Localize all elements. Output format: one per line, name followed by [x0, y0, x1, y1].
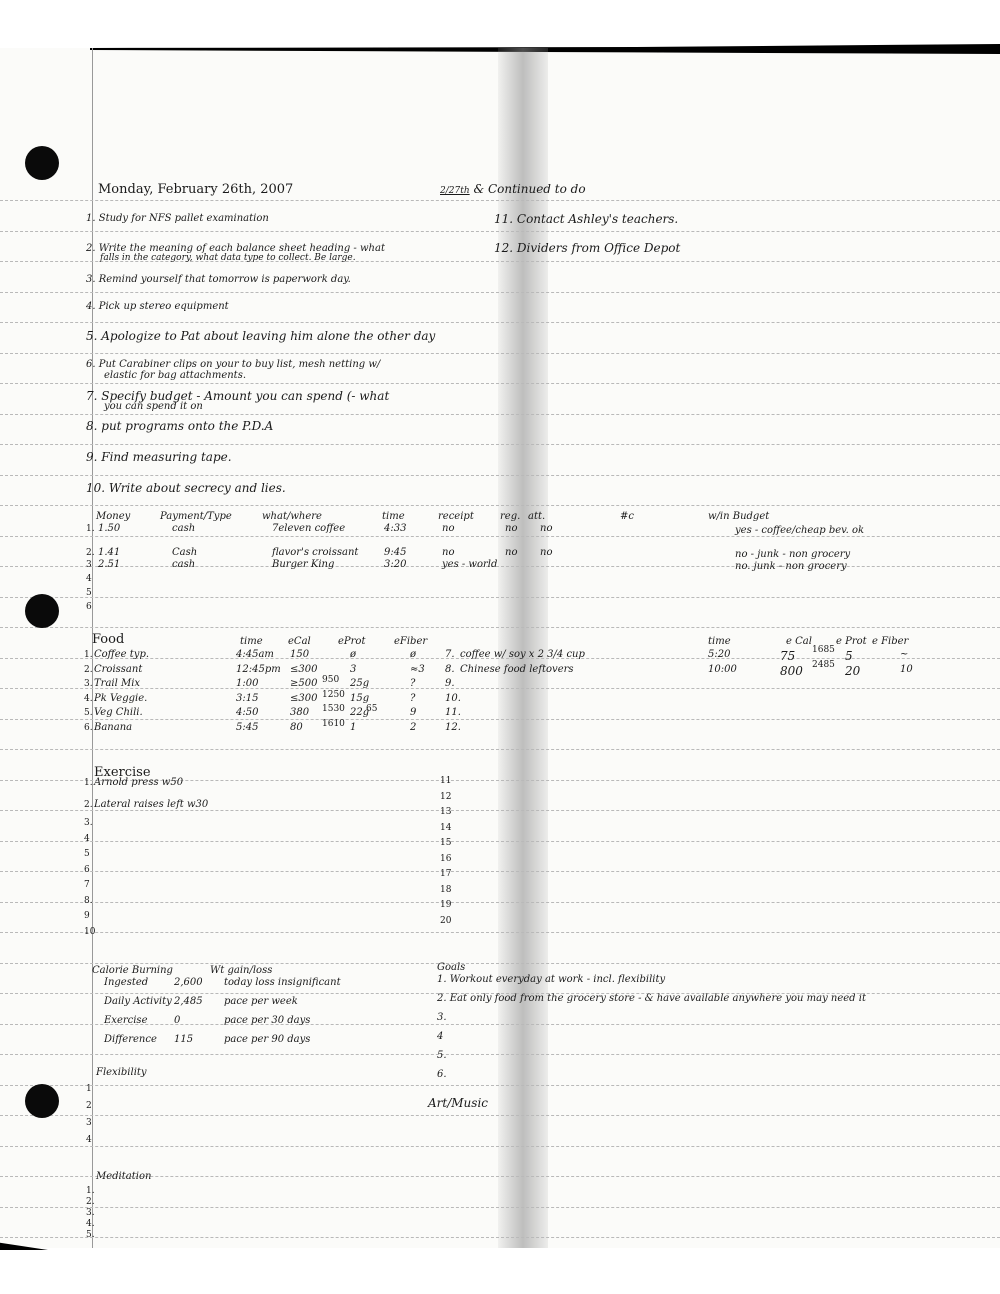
money-header: Money [96, 512, 130, 522]
calorie-note: today loss insignificant [224, 978, 341, 988]
ruled-line [0, 1085, 1000, 1087]
page-date: Monday, February 26th, 2007 [98, 183, 293, 196]
row-number: 9 [84, 911, 90, 921]
money-header: receipt [438, 512, 474, 522]
goal-item: 6. [437, 1070, 447, 1080]
punch-hole-icon [25, 1084, 59, 1118]
exercise-item: Lateral raises left w30 [94, 800, 208, 810]
row-number: 6 [86, 602, 92, 612]
row-number: 11. [445, 708, 461, 718]
todo-item: 3. Remind yourself that tomorrow is pape… [86, 275, 351, 285]
money-time: 3:20 [384, 560, 406, 570]
payment-type: cash [172, 560, 195, 570]
calorie-label: Ingested [104, 978, 148, 988]
ruled-line [0, 444, 1000, 446]
ruled-line [0, 292, 1000, 294]
running-calories: 1250 [322, 690, 345, 700]
todo-item-continued: elastic for bag attachments. [104, 371, 246, 381]
calorie-note: pace per 90 days [224, 1035, 310, 1045]
row-number: 18 [440, 885, 451, 895]
money-amount: 1.41 [98, 548, 120, 558]
payment-type: Cash [172, 548, 197, 558]
exercise-item: Arnold press w50 [94, 778, 183, 788]
food-protein: 5 [845, 650, 853, 662]
margin-line [92, 48, 93, 1248]
receipt: yes - world [442, 560, 497, 570]
food-fiber: 2 [410, 723, 416, 733]
money-where: flavor's croissant [272, 548, 358, 558]
row-number: 3 [86, 1118, 92, 1128]
food-item: Pk Veggie. [94, 694, 147, 704]
row-number: 13 [440, 807, 451, 817]
food-item: Banana [94, 723, 132, 733]
food-calories: 150 [290, 650, 309, 660]
food-fiber: 9 [410, 708, 416, 718]
food-header: time [240, 637, 263, 647]
row-number: 5 [84, 849, 90, 859]
row-number: 2. [84, 665, 93, 675]
ruled-line [0, 322, 1000, 324]
running-calories: 1685 [812, 645, 835, 655]
ruled-line [0, 627, 1000, 629]
row-number: 12. [445, 723, 461, 733]
att: no [540, 548, 552, 558]
row-number: 6 [84, 865, 90, 875]
ruled-line [0, 1115, 1000, 1117]
food-item: Coffee typ. [94, 650, 149, 660]
money-header: #c [620, 512, 634, 522]
weight-heading: Wt gain/loss [210, 966, 272, 976]
ruled-line [0, 1146, 1000, 1148]
todo-item-continued: falls in the category, what data type to… [100, 254, 356, 263]
row-number: 20 [440, 916, 451, 926]
row-number: 10. [445, 694, 461, 704]
art-music-note: Art/Music [428, 1097, 488, 1109]
calorie-label: Daily Activity [104, 997, 172, 1007]
todo-item: 5. Apologize to Pat about leaving him al… [86, 330, 435, 342]
calorie-label: Difference [104, 1035, 157, 1045]
calorie-heading: Calorie Burning [92, 966, 173, 976]
food-fiber: ~ [900, 650, 908, 660]
running-calories: 950 [322, 675, 339, 685]
ruled-line [0, 719, 1000, 721]
row-number: 8. [84, 896, 93, 906]
continued-date: 2/27th [440, 186, 470, 196]
ruled-line [0, 688, 1000, 690]
ruled-line [0, 383, 1000, 385]
ruled-line [0, 871, 1000, 873]
food-time: 5:20 [708, 650, 730, 660]
food-protein: 3 [350, 665, 356, 675]
row-number: 9. [445, 679, 455, 689]
row-number: 2. [86, 1197, 95, 1207]
food-header-right: time [708, 637, 731, 647]
money-header: reg. [500, 512, 520, 522]
att: no [540, 524, 552, 534]
continued-heading: 2/27th & Continued to do [440, 183, 586, 196]
row-number: 6. [84, 723, 93, 733]
food-fiber: ≈3 [410, 665, 425, 675]
food-item: coffee w/ soy x 2 3/4 cup [460, 650, 585, 660]
ruled-line [0, 810, 1000, 812]
calorie-label: Exercise [104, 1016, 148, 1026]
ruled-line [0, 902, 1000, 904]
within-budget: no - junk - non grocery [735, 550, 850, 560]
reg: no [505, 548, 517, 558]
row-number: 10 [84, 927, 95, 937]
food-time: 1:00 [236, 679, 258, 689]
money-amount: 2.51 [98, 560, 120, 570]
row-number: 12 [440, 792, 451, 802]
punch-hole-icon [25, 594, 59, 628]
food-protein: 15g [350, 694, 369, 704]
todo-item: 1. Study for NFS pallet examination [86, 214, 269, 224]
row-number: 4 [86, 1135, 92, 1145]
row-number: 3 [86, 560, 92, 570]
money-header: w/in Budget [708, 512, 769, 522]
food-time: 5:45 [236, 723, 258, 733]
row-number: 17 [440, 869, 451, 879]
food-header: eProt [338, 637, 365, 647]
todo-item: 4. Pick up stereo equipment [86, 302, 229, 312]
reg: no [505, 524, 517, 534]
food-protein: 1 [350, 723, 356, 733]
ruled-line [0, 566, 1000, 568]
row-number: 16 [440, 854, 451, 864]
money-header: what/where [262, 512, 322, 522]
calorie-note: pace per 30 days [224, 1016, 310, 1026]
ruled-line [0, 1237, 1000, 1239]
goal-item: 5. [437, 1051, 447, 1061]
todo-item: 9. Find measuring tape. [86, 451, 232, 463]
calorie-value: 115 [174, 1035, 193, 1045]
row-number: 2. [86, 548, 95, 558]
food-protein: 20 [845, 665, 860, 677]
row-number: 11 [440, 776, 451, 786]
money-time: 4:33 [384, 524, 406, 534]
row-number: 1. [86, 1186, 95, 1196]
ruled-line [0, 200, 1000, 202]
row-number: 1. [84, 778, 93, 788]
money-header: Payment/Type [160, 512, 232, 522]
goal-item: 2. Eat only food from the grocery store … [437, 994, 866, 1004]
row-number: 8. [445, 665, 455, 675]
running-calories: 1530 [322, 704, 345, 714]
calorie-value: 2,600 [174, 978, 203, 988]
food-fiber: ? [410, 679, 415, 689]
ruled-line [0, 1207, 1000, 1209]
row-number: 5 [86, 588, 92, 598]
calorie-note: pace per week [224, 997, 298, 1007]
food-calories: 80 [290, 723, 303, 733]
row-number: 1. [86, 524, 95, 534]
money-header: time [382, 512, 405, 522]
ruled-line [0, 475, 1000, 477]
food-protein: ø [350, 650, 356, 660]
ruled-line [0, 231, 1000, 233]
food-item: Croissant [94, 665, 142, 675]
ruled-line [0, 597, 1000, 599]
food-calories: ≤300 [290, 665, 317, 675]
food-heading: Food [92, 633, 124, 646]
row-number: 3. [84, 679, 93, 689]
row-number: 5. [86, 1230, 95, 1240]
punch-hole-icon [25, 146, 59, 180]
flexibility-heading: Flexibility [96, 1068, 147, 1078]
ruled-line [0, 841, 1000, 843]
money-header: att. [528, 512, 545, 522]
ruled-line [0, 1024, 1000, 1026]
money-where: 7eleven coffee [272, 524, 345, 534]
payment-type: cash [172, 524, 195, 534]
ruled-line [0, 536, 1000, 538]
goal-item: 3. [437, 1013, 447, 1023]
meditation-heading: Meditation [96, 1172, 151, 1182]
row-number: 19 [440, 900, 451, 910]
food-fiber: 10 [900, 665, 913, 675]
food-calories: 380 [290, 708, 309, 718]
goal-item: 1. Workout everyday at work - incl. flex… [437, 975, 665, 985]
food-header: eCal [288, 637, 311, 647]
calorie-value: 2,485 [174, 997, 203, 1007]
page-fold-crease [498, 48, 548, 1248]
running-calories: 2485 [812, 660, 835, 670]
row-number: 7. [445, 650, 455, 660]
food-item: Veg Chili. [94, 708, 143, 718]
row-number: 4 [86, 574, 92, 584]
row-number: 5. [84, 708, 93, 718]
ruled-line [0, 1054, 1000, 1056]
row-number: 15 [440, 838, 451, 848]
todo-item: 10. Write about secrecy and lies. [86, 482, 286, 494]
food-item: Trail Mix [94, 679, 140, 689]
goal-item: 4 [437, 1032, 443, 1042]
row-number: 4. [86, 1219, 95, 1229]
ruled-line [0, 932, 1000, 934]
todo-item: 8. put programs onto the P.D.A [86, 420, 273, 432]
row-number: 14 [440, 823, 451, 833]
within-budget: yes - coffee/cheap bev. ok [735, 526, 864, 536]
food-calories: ≥500 [290, 679, 317, 689]
todo-item-continued: you can spend it on [104, 402, 203, 412]
protein-total-note: 65 [366, 704, 377, 714]
food-calories: 75 [780, 650, 795, 662]
todo-item: 6. Put Carabiner clips on your to buy li… [86, 360, 380, 370]
money-amount: 1.50 [98, 524, 120, 534]
food-time: 10:00 [708, 665, 737, 675]
goals-heading: Goals [437, 963, 465, 973]
food-calories: 800 [780, 665, 803, 677]
receipt: no [442, 524, 454, 534]
money-where: Burger King [272, 560, 334, 570]
row-number: 3. [86, 1208, 95, 1218]
calorie-value: 0 [174, 1016, 180, 1026]
row-number: 3. [84, 818, 93, 828]
todo-item: 11. Contact Ashley's teachers. [494, 213, 678, 225]
continued-label: & Continued to do [473, 182, 585, 196]
row-number: 2 [86, 1101, 92, 1111]
food-protein: 25g [350, 679, 369, 689]
row-number: 7 [84, 880, 90, 890]
food-time: 3:15 [236, 694, 258, 704]
running-calories: 1610 [322, 719, 345, 729]
food-header-right: e Prot [836, 637, 867, 647]
food-header-right: e Fiber [872, 637, 908, 647]
food-time: 12:45pm [236, 665, 281, 675]
food-calories: ≤300 [290, 694, 317, 704]
row-number: 4 [84, 834, 90, 844]
ruled-line [0, 749, 1000, 751]
ruled-line [0, 353, 1000, 355]
row-number: 1 [86, 1084, 92, 1094]
row-number: 2. [84, 800, 93, 810]
receipt: no [442, 548, 454, 558]
money-time: 9:45 [384, 548, 406, 558]
ruled-line [0, 505, 1000, 507]
within-budget: no. junk - non grocery [735, 562, 847, 572]
todo-item: 12. Dividers from Office Depot [494, 242, 680, 254]
row-number: 4. [84, 694, 93, 704]
ruled-line [0, 414, 1000, 416]
food-fiber: ? [410, 694, 415, 704]
food-header-right: e Cal [786, 637, 812, 647]
food-fiber: ø [410, 650, 416, 660]
food-time: 4:45am [236, 650, 274, 660]
food-item: Chinese food leftovers [460, 665, 574, 675]
food-header: eFiber [394, 637, 427, 647]
food-time: 4:50 [236, 708, 258, 718]
row-number: 1. [84, 650, 93, 660]
